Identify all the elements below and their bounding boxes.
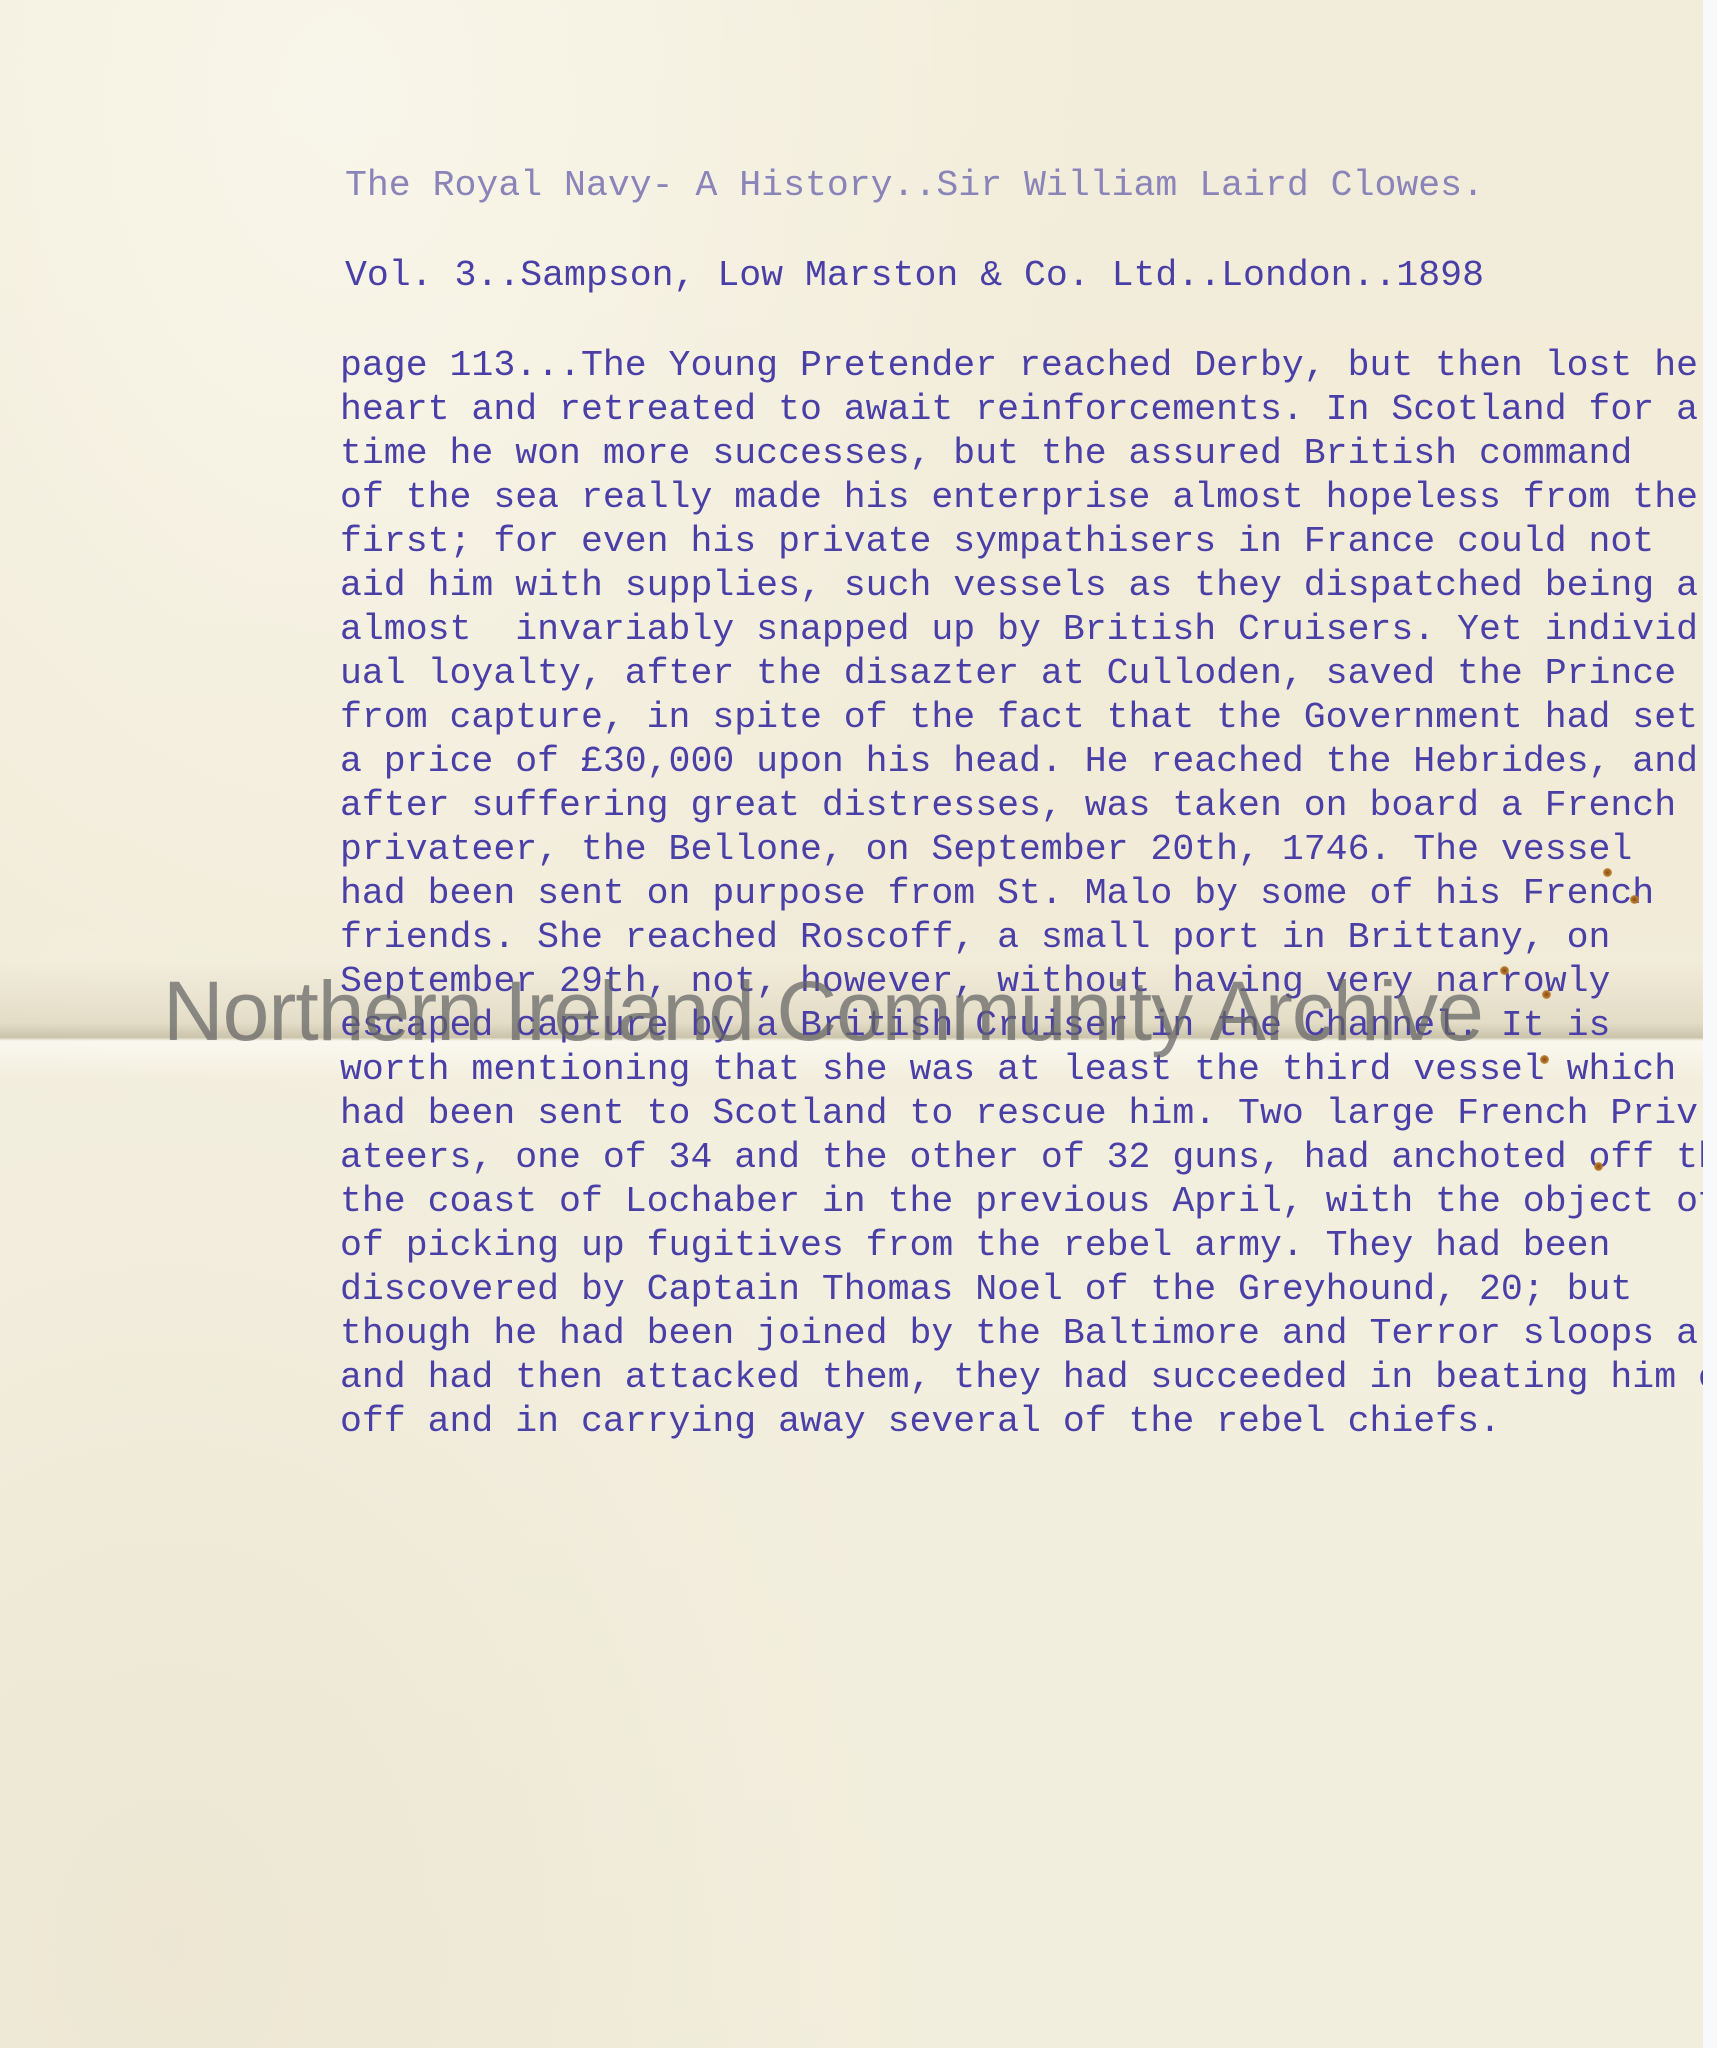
rust-spot [1603, 868, 1612, 877]
body-line: first; for even his private sympathisers… [340, 521, 1654, 562]
body-line: privateer, the Bellone, on September 20t… [340, 829, 1632, 870]
body-line: off and in carrying away several of the … [340, 1401, 1501, 1442]
body-line: page 113...The Young Pretender reached D… [340, 345, 1698, 386]
publication-details-line: Vol. 3..Sampson, Low Marston & Co. Ltd..… [345, 255, 1484, 296]
body-line: September 29th, not, however, without ha… [340, 961, 1610, 1002]
body-line: aid him with supplies, such vessels as t… [340, 565, 1698, 606]
document-title-line: The Royal Navy- A History..Sir William L… [345, 165, 1484, 206]
body-line: had been sent to Scotland to rescue him.… [340, 1093, 1698, 1134]
rust-spot [1594, 1162, 1603, 1171]
body-line: from capture, in spite of the fact that … [340, 697, 1698, 738]
body-line: the coast of Lochaber in the previous Ap… [340, 1181, 1703, 1222]
body-line: escaped capture by a British Cruiser in … [340, 1005, 1610, 1046]
body-line: ual loyalty, after the disazter at Cullo… [340, 653, 1676, 694]
rust-spot [1540, 1055, 1549, 1064]
rust-spot [1500, 966, 1509, 975]
body-line: worth mentioning that she was at least t… [340, 1049, 1676, 1090]
typed-document-page: The Royal Navy- A History..Sir William L… [0, 0, 1703, 2048]
body-line: a price of £30,000 upon his head. He rea… [340, 741, 1698, 782]
body-line: almost invariably snapped up by British … [340, 609, 1698, 650]
body-line: time he won more successes, but the assu… [340, 433, 1632, 474]
rust-spot [1630, 895, 1639, 904]
body-line: though he had been joined by the Baltimo… [340, 1313, 1698, 1354]
body-line: discovered by Captain Thomas Noel of the… [340, 1269, 1632, 1310]
body-line: heart and retreated to await reinforceme… [340, 389, 1698, 430]
rust-spot [1542, 990, 1551, 999]
body-line: of the sea really made his enterprise al… [340, 477, 1698, 518]
body-line: of picking up fugitives from the rebel a… [340, 1225, 1610, 1266]
body-line: ateers, one of 34 and the other of 32 gu… [340, 1137, 1703, 1178]
body-line: after suffering great distresses, was ta… [340, 785, 1676, 826]
body-line: had been sent on purpose from St. Malo b… [340, 873, 1654, 914]
body-line: friends. She reached Roscoff, a small po… [340, 917, 1610, 958]
body-line: and had then attacked them, they had suc… [340, 1357, 1703, 1398]
